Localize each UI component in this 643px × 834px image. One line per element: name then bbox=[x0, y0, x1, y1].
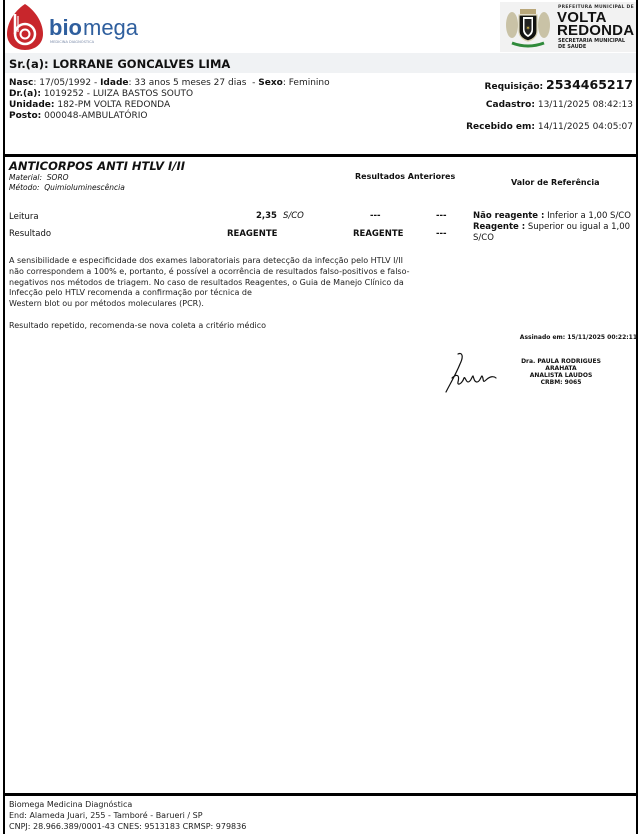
repeat-result-note: Resultado repetido, recomenda-se nova co… bbox=[9, 321, 266, 330]
doctor-line: Dr.(a): 1019252 - LUIZA BASTOS SOUTO bbox=[9, 89, 193, 99]
cadastro-value: 13/11/2025 08:42:13 bbox=[538, 100, 633, 110]
requisicao-label: Requisição: bbox=[485, 82, 544, 92]
note-line: Infecção pelo HTLV recomenda a confirmaç… bbox=[9, 288, 469, 299]
recebido-value: 14/11/2025 04:05:07 bbox=[538, 122, 633, 132]
unidade-line: Unidade: 182-PM VOLTA REDONDA bbox=[9, 100, 170, 110]
nasc-value: 17/05/1992 bbox=[39, 78, 91, 88]
secretaria-line2: DE SAUDE bbox=[558, 44, 625, 50]
row-leitura-prev2: --- bbox=[436, 211, 447, 221]
ref-label-reagente: Reagente : bbox=[473, 222, 525, 232]
note-line: negativos nos métodos de triagem. No cas… bbox=[9, 278, 469, 289]
footer-address: End: Alameda Juari, 255 - Tamboré - Baru… bbox=[9, 810, 246, 821]
row-resultado-prev1: REAGENTE bbox=[353, 229, 403, 239]
note-line: não correspondem a 100% e, portanto, é p… bbox=[9, 267, 469, 278]
row-leitura-label: Leitura bbox=[9, 212, 39, 222]
svg-text:bio: bio bbox=[49, 15, 82, 40]
patient-name-value: LORRANE GONCALVES LIMA bbox=[53, 57, 231, 71]
signed-label: Assinado em: bbox=[520, 334, 565, 341]
handwritten-signature-icon bbox=[440, 348, 500, 396]
row-leitura-value: 2,35S/CO bbox=[256, 211, 304, 221]
signatory-role: ANALISTA LAUDOS bbox=[505, 372, 617, 379]
city-name: VOLTA REDONDA bbox=[557, 11, 634, 37]
biomega-drop-icon: bio mega MEDICINA DIAGNÓSTICA bbox=[5, 2, 145, 50]
patient-name-label: Sr.(a): bbox=[9, 57, 49, 71]
signatory-crbm: CRBM: 9065 bbox=[505, 379, 617, 386]
svg-text:MEDICINA DIAGNÓSTICA: MEDICINA DIAGNÓSTICA bbox=[50, 39, 95, 44]
idade-value: 33 anos 5 meses 27 dias bbox=[134, 78, 246, 88]
exam-note: A sensibilidade e especificidade dos exa… bbox=[9, 256, 469, 310]
header-divider bbox=[3, 154, 638, 157]
unidade-label: Unidade: bbox=[9, 100, 54, 110]
row-resultado-label: Resultado bbox=[9, 229, 51, 239]
doctor-value: 1019252 - LUIZA BASTOS SOUTO bbox=[44, 89, 193, 99]
footer-divider bbox=[3, 793, 638, 796]
note-line: Western blot ou por métodos moleculares … bbox=[9, 299, 469, 310]
prefeitura-volta-redonda-logo: ✶ PREFEITURA MUNICIPAL DE VOLTA REDONDA … bbox=[500, 2, 636, 52]
recebido-label: Recebido em: bbox=[466, 122, 535, 132]
requisicao-value: 2534465217 bbox=[546, 77, 633, 92]
patient-demographics: Nasc: 17/05/1992 - Idade: 33 anos 5 mese… bbox=[9, 78, 330, 88]
leitura-value: 2,35 bbox=[256, 211, 277, 221]
doctor-label: Dr.(a): bbox=[9, 89, 41, 99]
city-name-line2: REDONDA bbox=[557, 24, 634, 37]
reference-nao-reagente: Não reagente : Inferior a 1,00 S/CO bbox=[473, 211, 635, 222]
sexo-value: Feminino bbox=[289, 78, 330, 88]
metodo-label: Método: bbox=[9, 183, 40, 192]
requisicao-line: Requisição: 2534465217 bbox=[485, 77, 633, 92]
metodo-value: Quimioluminescência bbox=[44, 183, 125, 192]
footer-lab-name: Biomega Medicina Diagnóstica bbox=[9, 799, 246, 810]
signed-at: Assinado em: 15/11/2025 00:22:11 bbox=[520, 334, 637, 341]
material-value: SORO bbox=[47, 173, 69, 182]
svg-text:mega: mega bbox=[83, 15, 139, 40]
ref-label-nao-reagente: Não reagente : bbox=[473, 211, 544, 221]
biomega-logo: bio mega MEDICINA DIAGNÓSTICA bbox=[5, 2, 145, 50]
exam-method: Método: Quimioluminescência bbox=[9, 183, 125, 192]
posto-value: 000048-AMBULATÓRIO bbox=[44, 111, 147, 121]
row-leitura-prev1: --- bbox=[370, 211, 381, 221]
idade-label: Idade bbox=[100, 78, 128, 88]
reference-header: Valor de Referência bbox=[511, 178, 600, 187]
page-border-left bbox=[3, 0, 5, 834]
page-border-right bbox=[636, 0, 638, 834]
exam-title: ANTICORPOS ANTI HTLV I/II bbox=[9, 159, 185, 173]
previous-results-header: Resultados Anteriores bbox=[355, 172, 455, 181]
svg-text:✶: ✶ bbox=[525, 25, 530, 32]
signed-value: 15/11/2025 00:22:11 bbox=[567, 334, 637, 341]
posto-label: Posto: bbox=[9, 111, 41, 121]
cadastro-label: Cadastro: bbox=[486, 100, 535, 110]
exam-material: Material: SORO bbox=[9, 173, 69, 182]
note-line: A sensibilidade e especificidade dos exa… bbox=[9, 256, 469, 267]
recebido-line: Recebido em: 14/11/2025 04:05:07 bbox=[466, 122, 633, 132]
row-resultado-value: REAGENTE bbox=[227, 229, 277, 239]
nasc-label: Nasc bbox=[9, 78, 33, 88]
footer: Biomega Medicina Diagnóstica End: Alamed… bbox=[9, 799, 246, 832]
sexo-label: Sexo bbox=[258, 78, 283, 88]
material-label: Material: bbox=[9, 173, 42, 182]
row-resultado-prev2: --- bbox=[436, 229, 447, 239]
footer-registration: CNPJ: 28.966.389/0001-43 CNES: 9513183 C… bbox=[9, 821, 246, 832]
ref-text-nao-reagente: Inferior a 1,00 S/CO bbox=[547, 211, 631, 221]
posto-line: Posto: 000048-AMBULATÓRIO bbox=[9, 111, 147, 121]
leitura-unit: S/CO bbox=[283, 211, 304, 221]
patient-name: Sr.(a): LORRANE GONCALVES LIMA bbox=[9, 57, 230, 71]
secretaria-label: SECRETARIA MUNICIPAL DE SAUDE bbox=[558, 38, 625, 50]
reference-reagente: Reagente : Superior ou igual a 1,00 S/CO bbox=[473, 222, 635, 244]
signatory-name: Dra. PAULA RODRIGUES ARAHATA bbox=[505, 358, 617, 372]
unidade-value: 182-PM VOLTA REDONDA bbox=[57, 100, 170, 110]
signatory-block: Dra. PAULA RODRIGUES ARAHATA ANALISTA LA… bbox=[505, 358, 617, 386]
cadastro-line: Cadastro: 13/11/2025 08:42:13 bbox=[486, 100, 633, 110]
coat-of-arms-icon: ✶ bbox=[504, 5, 552, 49]
